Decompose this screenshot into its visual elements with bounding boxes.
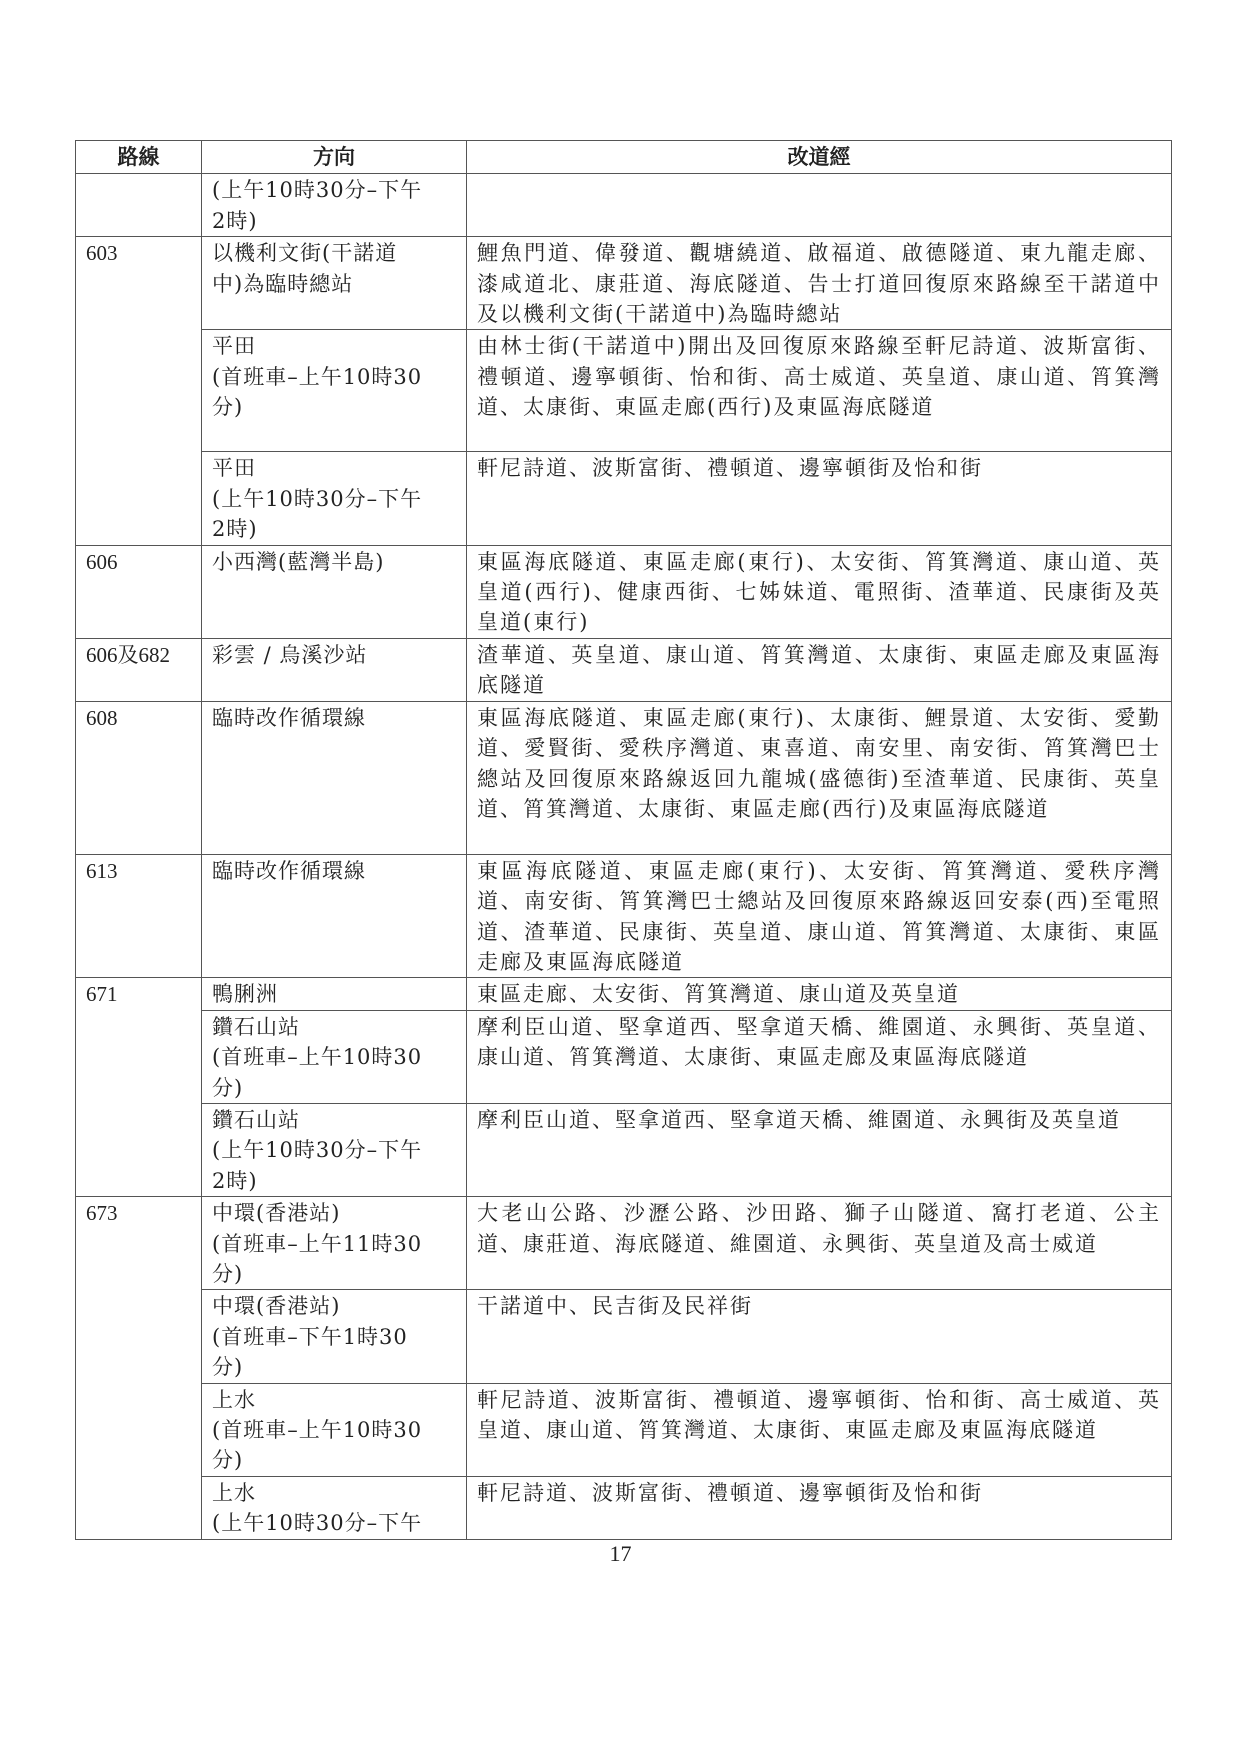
direction-line: 分) bbox=[212, 392, 456, 422]
diversion-cell: 軒尼詩道、波斯富街、禮頓道、邊寧頓街及怡和街 bbox=[467, 1476, 1172, 1539]
direction-line: 鴨脷洲 bbox=[212, 979, 456, 1009]
document-page: 路線 方向 改道經 (上午10時30分–下午 2時) 603 以機利文街(干諾道 bbox=[0, 0, 1241, 1755]
header-diversion: 改道經 bbox=[467, 141, 1172, 174]
table-row: 673 中環(香港站) (首班車–上午11時30 分) 大老山公路、沙瀝公路、沙… bbox=[76, 1197, 1172, 1290]
direction-cell: 臨時改作循環線 bbox=[202, 854, 467, 978]
direction-line: (首班車–上午11時30 bbox=[212, 1229, 456, 1259]
direction-line: (上午10時30分–下午 bbox=[212, 175, 456, 205]
diversion-cell: 渣華道、英皇道、康山道、筲箕灣道、太康街、東區走廊及東區海底隧道 bbox=[467, 638, 1172, 701]
diversion-cell: 摩利臣山道、堅拿道西、堅拿道天橋、維園道、永興街、英皇道、康山道、筲箕灣道、太康… bbox=[467, 1010, 1172, 1103]
table-row: 603 以機利文街(干諾道 中)為臨時總站 鯉魚門道、偉發道、觀塘繞道、啟福道、… bbox=[76, 237, 1172, 330]
diversion-cell: 東區海底隧道、東區走廊(東行)、太安街、筲箕灣道、康山道、英皇道(西行)、健康西… bbox=[467, 545, 1172, 638]
table-row: 608 臨時改作循環線 東區海底隧道、東區走廊(東行)、太康街、鯉景道、太安街、… bbox=[76, 701, 1172, 854]
direction-cell: 上水 (首班車–上午10時30 分) bbox=[202, 1383, 467, 1476]
header-direction: 方向 bbox=[202, 141, 467, 174]
diversion-cell: 東區走廊、太安街、筲箕灣道、康山道及英皇道 bbox=[467, 978, 1172, 1010]
direction-line: (首班車–下午1時30 bbox=[212, 1322, 456, 1352]
direction-line: 鑽石山站 bbox=[212, 1105, 456, 1135]
direction-line: 平田 bbox=[212, 453, 456, 483]
direction-line: 2時) bbox=[212, 206, 456, 236]
direction-line: 分) bbox=[212, 1259, 456, 1289]
direction-line: (上午10時30分–下午 bbox=[212, 484, 456, 514]
route-cell: 671 bbox=[76, 978, 202, 1197]
table-row: 鑽石山站 (上午10時30分–下午 2時) 摩利臣山道、堅拿道西、堅拿道天橋、維… bbox=[76, 1103, 1172, 1196]
direction-line: 2時) bbox=[212, 1166, 456, 1196]
route-cell: 673 bbox=[76, 1197, 202, 1539]
direction-cell: 上水 (上午10時30分–下午 bbox=[202, 1476, 467, 1539]
direction-line: (首班車–上午10時30 bbox=[212, 1415, 456, 1445]
table-row: 平田 (首班車–上午10時30 分) 由林士街(干諾道中)開出及回復原來路線至軒… bbox=[76, 330, 1172, 452]
table-header-row: 路線 方向 改道經 bbox=[76, 141, 1172, 174]
route-cell: 606 bbox=[76, 545, 202, 638]
direction-line: 分) bbox=[212, 1073, 456, 1103]
direction-line: 中環(香港站) bbox=[212, 1198, 456, 1228]
diversion-cell: 摩利臣山道、堅拿道西、堅拿道天橋、維園道、永興街及英皇道 bbox=[467, 1103, 1172, 1196]
direction-line: 平田 bbox=[212, 331, 456, 361]
direction-cell: 鑽石山站 (上午10時30分–下午 2時) bbox=[202, 1103, 467, 1196]
direction-cell: 平田 (上午10時30分–下午 2時) bbox=[202, 452, 467, 545]
direction-line: 2時) bbox=[212, 514, 456, 544]
diversion-table: 路線 方向 改道經 (上午10時30分–下午 2時) 603 以機利文街(干諾道 bbox=[75, 140, 1172, 1540]
direction-cell: 平田 (首班車–上午10時30 分) bbox=[202, 330, 467, 452]
diversion-cell bbox=[467, 174, 1172, 237]
page-number: 17 bbox=[0, 1541, 1241, 1567]
table-row: 平田 (上午10時30分–下午 2時) 軒尼詩道、波斯富街、禮頓道、邊寧頓街及怡… bbox=[76, 452, 1172, 545]
direction-line: (首班車–上午10時30 bbox=[212, 362, 456, 392]
direction-line: 上水 bbox=[212, 1385, 456, 1415]
direction-line: 小西灣(藍灣半島) bbox=[212, 547, 456, 577]
diversion-cell: 由林士街(干諾道中)開出及回復原來路線至軒尼詩道、波斯富街、禮頓道、邊寧頓街、怡… bbox=[467, 330, 1172, 452]
route-cell bbox=[76, 174, 202, 237]
direction-line: 上水 bbox=[212, 1478, 456, 1508]
diversion-cell: 軒尼詩道、波斯富街、禮頓道、邊寧頓街、怡和街、高士威道、英皇道、康山道、筲箕灣道… bbox=[467, 1383, 1172, 1476]
direction-line: (首班車–上午10時30 bbox=[212, 1042, 456, 1072]
table-row: 中環(香港站) (首班車–下午1時30 分) 干諾道中、民吉街及民祥街 bbox=[76, 1290, 1172, 1383]
diversion-cell: 東區海底隧道、東區走廊(東行)、太康街、鯉景道、太安街、愛勤道、愛賢街、愛秩序灣… bbox=[467, 701, 1172, 854]
direction-cell: 中環(香港站) (首班車–上午11時30 分) bbox=[202, 1197, 467, 1290]
route-cell: 603 bbox=[76, 237, 202, 545]
direction-line: 分) bbox=[212, 1352, 456, 1382]
direction-cell: 以機利文街(干諾道 中)為臨時總站 bbox=[202, 237, 467, 330]
route-cell: 613 bbox=[76, 854, 202, 978]
direction-cell: 鑽石山站 (首班車–上午10時30 分) bbox=[202, 1010, 467, 1103]
diversion-cell: 干諾道中、民吉街及民祥街 bbox=[467, 1290, 1172, 1383]
direction-line: 臨時改作循環線 bbox=[212, 856, 456, 886]
direction-line: 以機利文街(干諾道 bbox=[212, 238, 456, 268]
diversion-cell: 鯉魚門道、偉發道、觀塘繞道、啟福道、啟德隧道、東九龍走廊、漆咸道北、康莊道、海底… bbox=[467, 237, 1172, 330]
direction-line: 中)為臨時總站 bbox=[212, 269, 456, 299]
table-row: 606 小西灣(藍灣半島) 東區海底隧道、東區走廊(東行)、太安街、筲箕灣道、康… bbox=[76, 545, 1172, 638]
direction-line: 分) bbox=[212, 1445, 456, 1475]
direction-line: (上午10時30分–下午 bbox=[212, 1135, 456, 1165]
direction-line: (上午10時30分–下午 bbox=[212, 1508, 456, 1538]
direction-cell: 小西灣(藍灣半島) bbox=[202, 545, 467, 638]
table-row: 鑽石山站 (首班車–上午10時30 分) 摩利臣山道、堅拿道西、堅拿道天橋、維園… bbox=[76, 1010, 1172, 1103]
direction-line: 彩雲 / 烏溪沙站 bbox=[212, 640, 456, 670]
direction-line: 中環(香港站) bbox=[212, 1291, 456, 1321]
table-row: 671 鴨脷洲 東區走廊、太安街、筲箕灣道、康山道及英皇道 bbox=[76, 978, 1172, 1010]
table-row: 606及682 彩雲 / 烏溪沙站 渣華道、英皇道、康山道、筲箕灣道、太康街、東… bbox=[76, 638, 1172, 701]
table-row: 613 臨時改作循環線 東區海底隧道、東區走廊(東行)、太安街、筲箕灣道、愛秩序… bbox=[76, 854, 1172, 978]
route-cell: 606及682 bbox=[76, 638, 202, 701]
direction-cell: (上午10時30分–下午 2時) bbox=[202, 174, 467, 237]
direction-cell: 臨時改作循環線 bbox=[202, 701, 467, 854]
header-route: 路線 bbox=[76, 141, 202, 174]
diversion-cell: 大老山公路、沙瀝公路、沙田路、獅子山隧道、窩打老道、公主道、康莊道、海底隧道、維… bbox=[467, 1197, 1172, 1290]
direction-cell: 鴨脷洲 bbox=[202, 978, 467, 1010]
route-cell: 608 bbox=[76, 701, 202, 854]
table-row: (上午10時30分–下午 2時) bbox=[76, 174, 1172, 237]
direction-cell: 中環(香港站) (首班車–下午1時30 分) bbox=[202, 1290, 467, 1383]
table-row: 上水 (上午10時30分–下午 軒尼詩道、波斯富街、禮頓道、邊寧頓街及怡和街 bbox=[76, 1476, 1172, 1539]
diversion-cell: 軒尼詩道、波斯富街、禮頓道、邊寧頓街及怡和街 bbox=[467, 452, 1172, 545]
direction-cell: 彩雲 / 烏溪沙站 bbox=[202, 638, 467, 701]
direction-line: 鑽石山站 bbox=[212, 1012, 456, 1042]
table-row: 上水 (首班車–上午10時30 分) 軒尼詩道、波斯富街、禮頓道、邊寧頓街、怡和… bbox=[76, 1383, 1172, 1476]
direction-line: 臨時改作循環線 bbox=[212, 703, 456, 733]
diversion-cell: 東區海底隧道、東區走廊(東行)、太安街、筲箕灣道、愛秩序灣道、南安街、筲箕灣巴士… bbox=[467, 854, 1172, 978]
